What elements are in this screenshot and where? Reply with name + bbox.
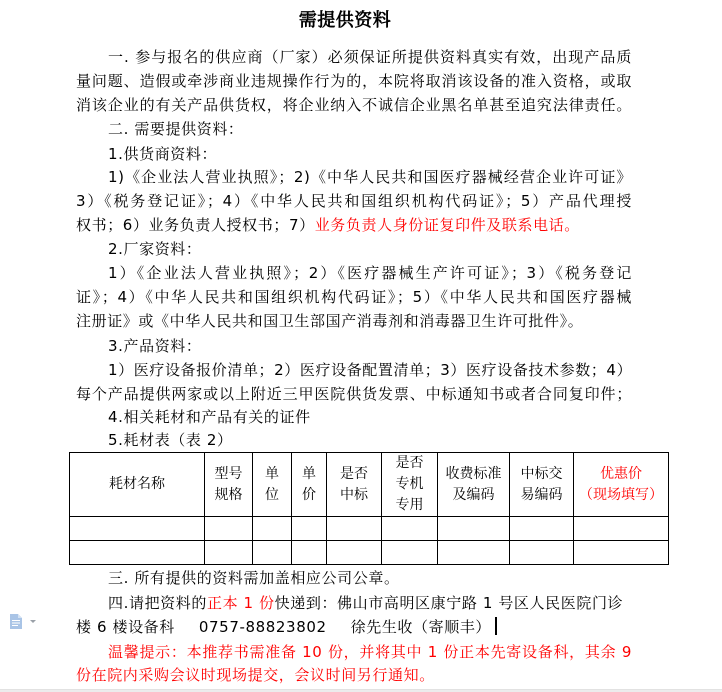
table-cell[interactable] bbox=[205, 541, 253, 565]
table-cell[interactable] bbox=[574, 541, 669, 565]
reminder-line1: 温馨提示：本推荐书需准备 10 份，并将其中 1 份正本先寄设备科，其余 9 bbox=[108, 640, 632, 664]
section2-heading: 二. 需要提供资料： bbox=[108, 117, 632, 141]
supplier-line1: 1)《企业法人营业执照》；2)《中华人民共和国医疗器械经营企业许可证》 bbox=[108, 165, 632, 189]
chevron-down-icon[interactable] bbox=[30, 620, 36, 623]
table-cell[interactable] bbox=[205, 517, 253, 541]
table-cell[interactable] bbox=[382, 517, 438, 541]
header-dedicated-use: 是否专机专用 bbox=[382, 453, 438, 517]
product-line2: 每个产品提供两家或以上附近三甲医院供货发票、中标通知书或者合同复印件； bbox=[76, 382, 632, 406]
header-discount-price: 优惠价（现场填写） bbox=[574, 453, 669, 517]
phone-number: 0757-88823802 bbox=[199, 618, 327, 636]
supplier-line2: 3）《税务登记证》；4）《中华人民共和国组织机构代码证》；5）产品代理授 bbox=[76, 189, 632, 213]
table-cell[interactable] bbox=[327, 541, 382, 565]
supplier-line3: 权书；6）业务负责人授权书；7）业务负责人身份证复印件及联系电话。 bbox=[76, 213, 632, 237]
table-cell[interactable] bbox=[382, 541, 438, 565]
table-cell[interactable] bbox=[438, 517, 510, 541]
table-cell[interactable] bbox=[510, 517, 574, 541]
document-title: 需提供资料 bbox=[0, 9, 690, 33]
table-cell[interactable] bbox=[327, 517, 382, 541]
section4-suffix: 快递到：佛山市高明区康宁路 1 号区人民医院门诊 bbox=[275, 594, 623, 612]
recipient: 徐先生收（寄顺丰） bbox=[351, 618, 491, 636]
supplier-line3-highlight: 业务负责人身份证复印件及联系电话。 bbox=[315, 216, 580, 234]
section4-line1: 四.请把资料的正本 1 份快递到：佛山市高明区康宁路 1 号区人民医院门诊 bbox=[108, 591, 632, 615]
product-heading: 3.产品资料： bbox=[108, 334, 632, 358]
table-cell[interactable] bbox=[292, 541, 327, 565]
section4-prefix: 四.请把资料的 bbox=[108, 594, 207, 612]
header-bid-won: 是否中标 bbox=[327, 453, 382, 517]
header-model-spec: 型号规格 bbox=[205, 453, 253, 517]
product-line1: 1）医疗设备报价清单；2）医疗设备配置清单；3）医疗设备技术参数；4） bbox=[108, 358, 632, 382]
header-fee-standard-code: 收费标准及编码 bbox=[438, 453, 510, 517]
reminder-line2: 份在院内采购会议时现场提交，会议时间另行通知。 bbox=[76, 663, 632, 687]
address-department: 楼 6 楼设备科 bbox=[76, 618, 175, 636]
section1-line2: 量问题、造假或牵涉商业违规操作行为的，本院将取消该设备的准入资格，或取 bbox=[76, 69, 632, 93]
header-unit-price: 单价 bbox=[292, 453, 327, 517]
section4-original-copy: 正本 1 份 bbox=[207, 594, 275, 612]
supplier-heading: 1.供货商资料： bbox=[108, 142, 632, 166]
item5: 5.耗材表（表 2） bbox=[108, 428, 632, 452]
section1-line3: 消该企业的有关产品供货权，将企业纳入不诚信企业黑名单甚至追究法律责任。 bbox=[76, 93, 632, 117]
text-cursor bbox=[495, 617, 497, 635]
header-material-name: 耗材名称 bbox=[70, 453, 205, 517]
supplier-line3-text: 权书；6）业务负责人授权书；7） bbox=[76, 216, 315, 234]
table-row bbox=[70, 517, 669, 541]
header-bid-trade-code: 中标交易编码 bbox=[510, 453, 574, 517]
table-row bbox=[70, 541, 669, 565]
table-cell[interactable] bbox=[438, 541, 510, 565]
manufacturer-line1: 1）《企业法人营业执照》；2）《医疗器械生产许可证》；3）《税务登记 bbox=[108, 261, 632, 285]
manufacturer-heading: 2.厂家资料： bbox=[108, 237, 632, 261]
table-header-row: 耗材名称 型号规格 单位 单价 是否中标 是否专机专用 收费标准及编码 中标交易… bbox=[70, 453, 669, 517]
materials-table: 耗材名称 型号规格 单位 单价 是否中标 是否专机专用 收费标准及编码 中标交易… bbox=[69, 452, 669, 565]
section4-line2: 楼 6 楼设备科0757-88823802徐先生收（寄顺丰） bbox=[76, 615, 632, 639]
item4: 4.相关耗材和产品有关的证件 bbox=[108, 405, 632, 429]
table-cell[interactable] bbox=[574, 517, 669, 541]
document-options-icon[interactable] bbox=[10, 614, 22, 629]
table-cell[interactable] bbox=[70, 541, 205, 565]
manufacturer-line2: 证》；4）《中华人民共和国组织机构代码证》；5）《中华人民共和国医疗器械 bbox=[76, 285, 632, 309]
section3: 三. 所有提供的资料需加盖相应公司公章。 bbox=[108, 566, 632, 590]
table-cell[interactable] bbox=[70, 517, 205, 541]
section1-line1: 一. 参与报名的供应商（厂家）必须保证所提供资料真实有效，出现产品质 bbox=[108, 45, 632, 69]
document-page: 需提供资料 一. 参与报名的供应商（厂家）必须保证所提供资料真实有效，出现产品质… bbox=[0, 0, 722, 689]
table-cell[interactable] bbox=[510, 541, 574, 565]
header-unit: 单位 bbox=[253, 453, 292, 517]
manufacturer-line3: 注册证》或《中华人民共和国卫生部国产消毒剂和消毒器卫生许可批件》。 bbox=[76, 309, 632, 333]
table-cell[interactable] bbox=[253, 541, 292, 565]
table-cell[interactable] bbox=[253, 517, 292, 541]
table-cell[interactable] bbox=[292, 517, 327, 541]
